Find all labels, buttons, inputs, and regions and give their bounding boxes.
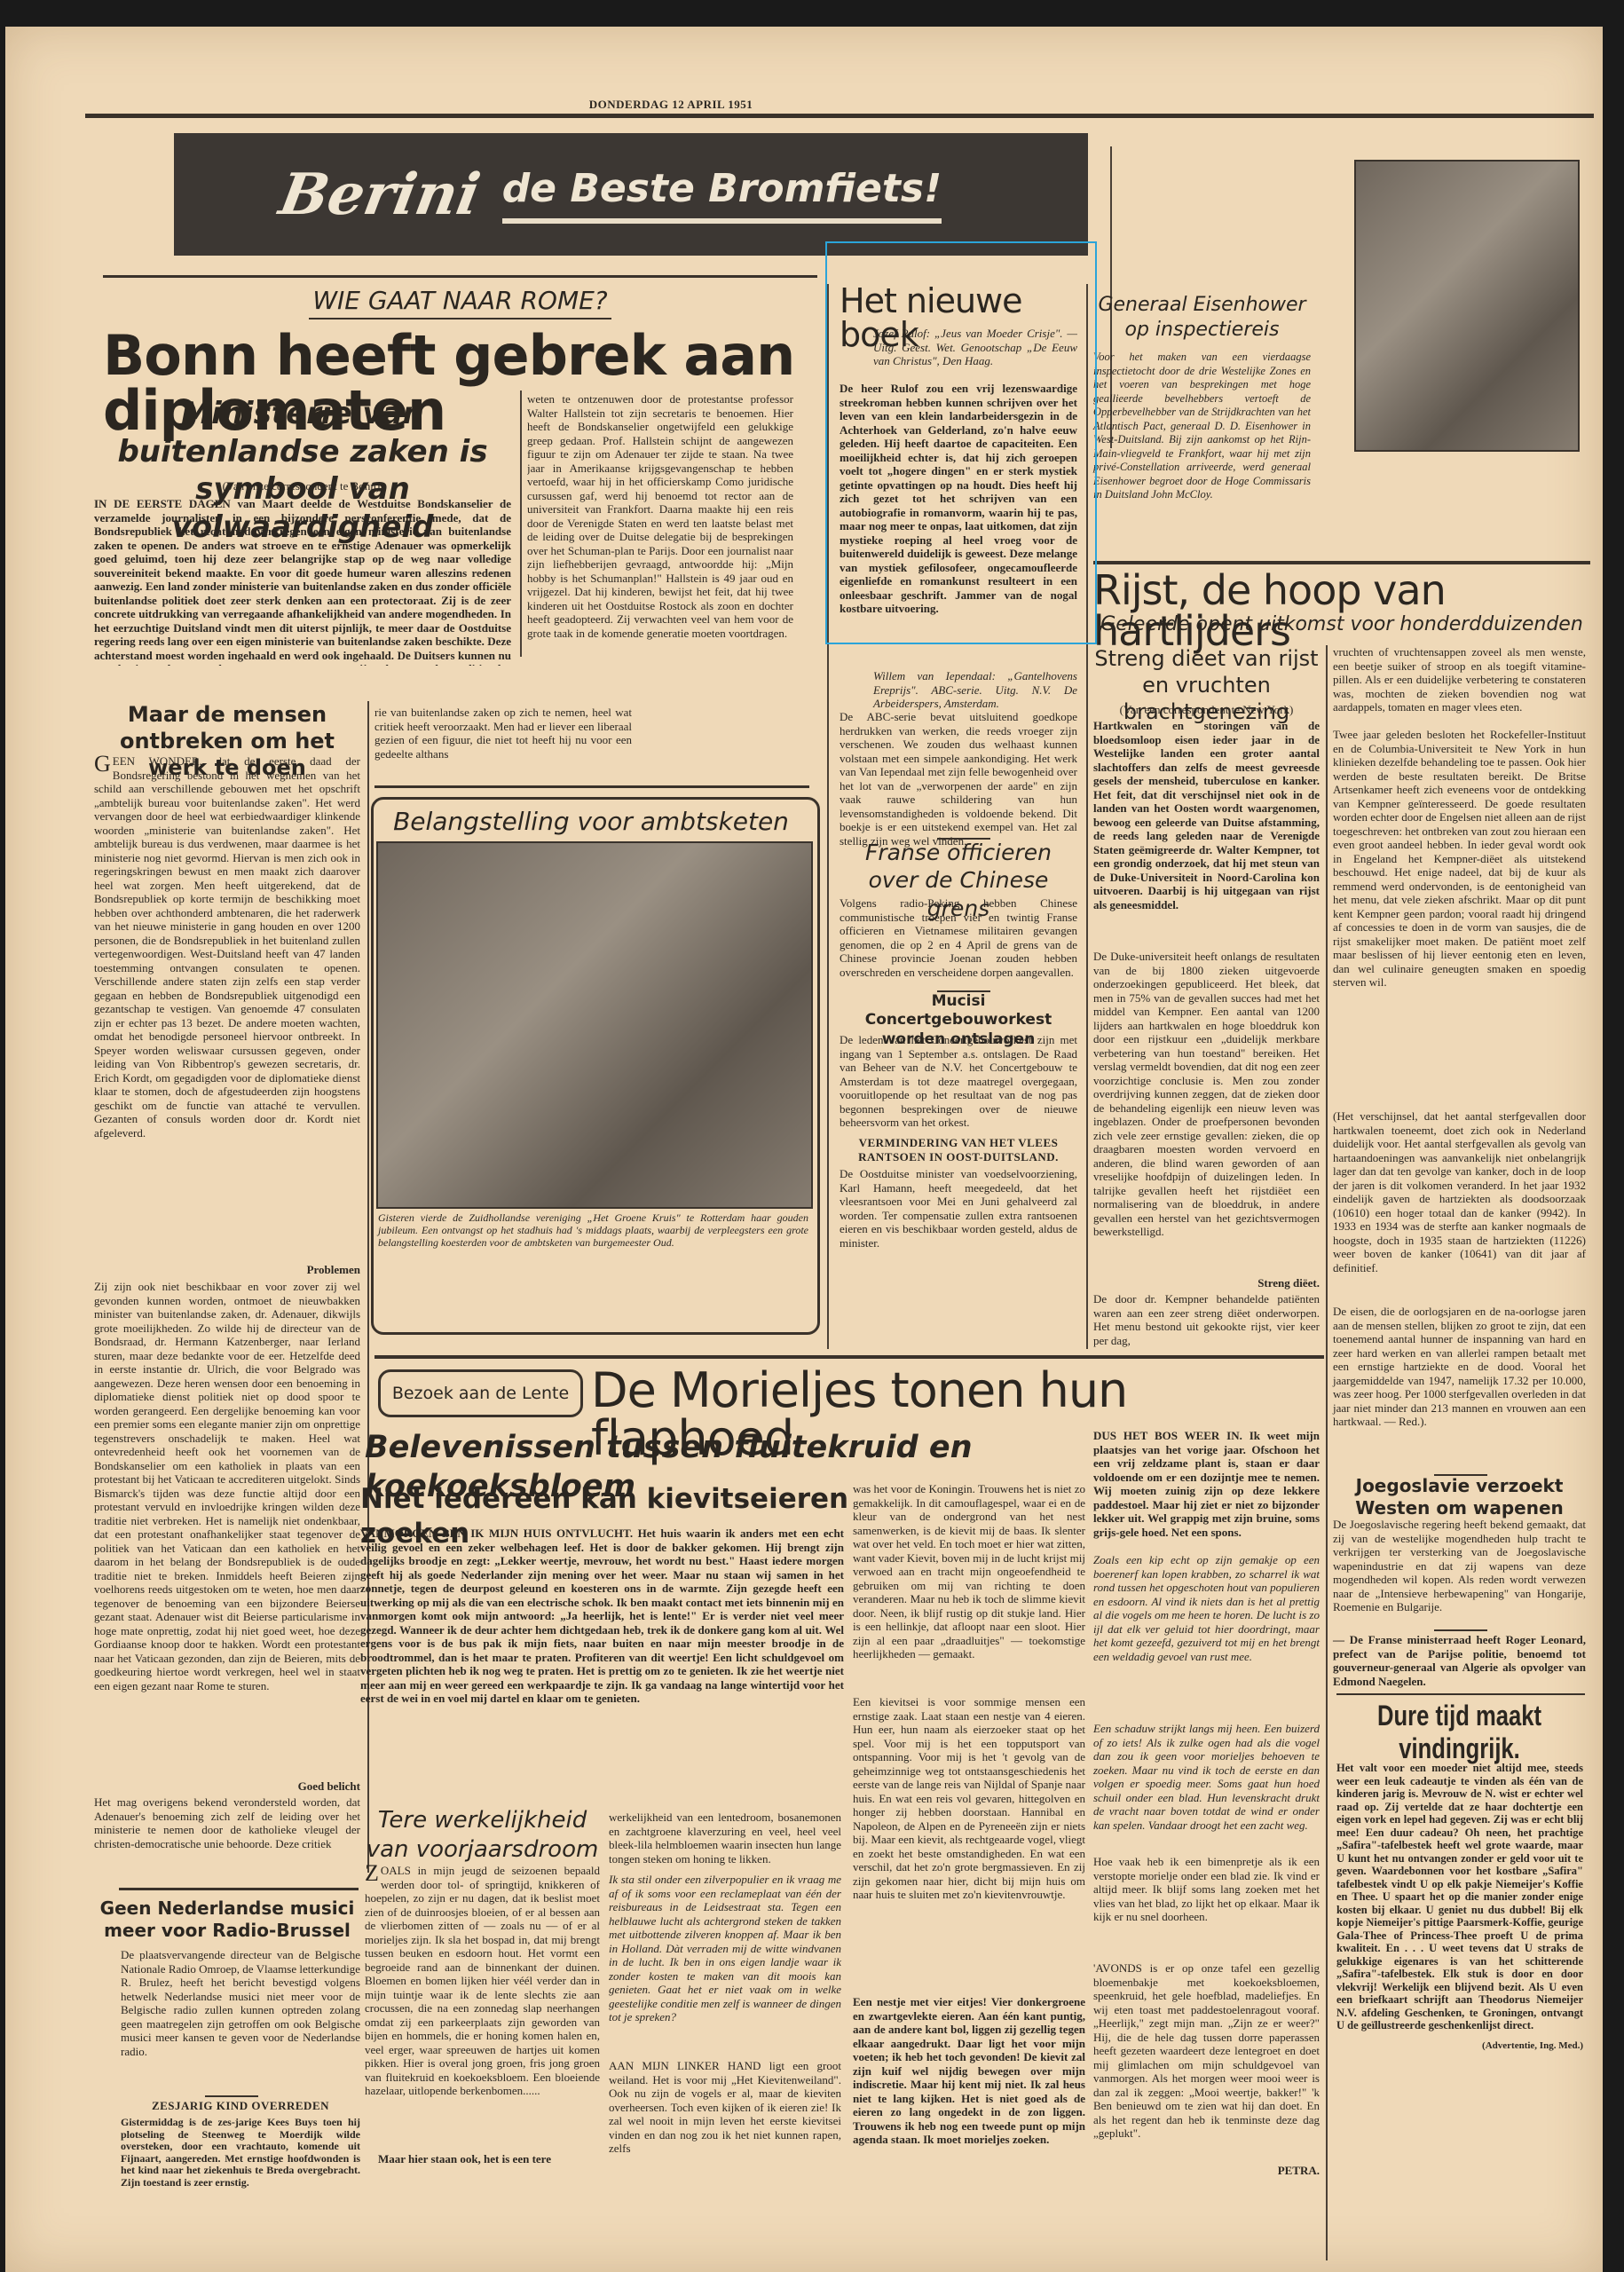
vlees-headline[interactable]: VERMINDERING VAN HET VLEES RANTSOEN IN O… — [840, 1136, 1077, 1164]
kind-headline[interactable]: ZESJARIG KIND OVERREDEN — [121, 2099, 360, 2113]
newspaper-page: DONDERDAG 12 APRIL 1951 Berini de Beste … — [5, 27, 1603, 2272]
tere-col1: ZOALS in mijn jeugd de seizoenen bepaald… — [365, 1864, 600, 2098]
morieljes-signature: PETRA. — [1093, 2164, 1320, 2178]
joegoslavie-body: De Joegoslavische regering heeft bekend … — [1333, 1518, 1586, 1614]
subhead-problemen: Problemen — [94, 1263, 360, 1277]
radio-brussel-headline[interactable]: Geen Nederlandse musici meer voor Radio-… — [94, 1897, 360, 1942]
concertgebouw-body: De leden van het Concertgebouworkest zij… — [840, 1033, 1077, 1130]
morieljes-col3d: Hoe vaak heb ik een bimenpretje als ik e… — [1093, 1855, 1320, 1924]
rijst-subheadline: Geleerde opent uitkomst voor honderdduiz… — [1093, 612, 1590, 637]
boek-1-reference: Jozef Rulof: „Jeus van Moeder Crisje". —… — [873, 327, 1077, 368]
niemeijer-ad-footer: (Advertentie, Ing. Med.) — [1336, 2039, 1583, 2054]
bezoek-lente-label-text: Bezoek aan de Lente — [392, 1384, 569, 1403]
franse-body: Volgens radio-Peking hebben Chinese comm… — [840, 896, 1077, 979]
ambtsketen-photo — [376, 841, 813, 1209]
bezoek-lente-label: Bezoek aan de Lente — [378, 1369, 583, 1417]
short-rule — [205, 2095, 258, 2097]
berini-slogan: de Beste Bromfiets! — [502, 166, 942, 224]
subhead-goed-belicht: Goed belicht — [94, 1779, 360, 1794]
berini-brand-logo: Berini — [274, 162, 485, 228]
problemen-body: Zij zijn ook niet beschikbaar en voor zo… — [94, 1280, 360, 1777]
rijst-col2d: De eisen, die de oorlogsjaren en de na-o… — [1333, 1305, 1586, 1429]
section-rule — [374, 785, 809, 788]
bonn-column-right: weten te ontzenuwen door de protestantse… — [527, 392, 793, 659]
rijst-col1: Hartkwalen en storingen van de bloedsoml… — [1093, 719, 1320, 911]
eisenhower-photo — [1354, 160, 1580, 452]
rijst-subhead: Streng diëet. — [1093, 1276, 1320, 1290]
boek-2-review: De ABC-serie bevat uitsluitend goedkope … — [840, 710, 1077, 852]
bonn-section-column-2: rie van buitenlandse zaken op zich te ne… — [374, 706, 632, 777]
eisenhower-headline[interactable]: Generaal Eisenhower op inspectiereis — [1093, 293, 1311, 342]
morieljes-col3c: Een schaduw strijkt langs mij heen. Een … — [1093, 1722, 1320, 1832]
tere-headline[interactable]: Tere werkelijkheid van voorjaarsdroom — [365, 1806, 600, 1864]
morieljes-col3: DUS HET BOS WEER IN. Ik weet mijn plaats… — [1093, 1429, 1320, 1539]
niemeijer-ad-body: Het valt voor een moeder niet altijd mee… — [1336, 1762, 1583, 2032]
bonn-lead-paragraph: IN DE EERSTE DAGEN van Maart deelde de W… — [94, 497, 511, 666]
section-rule — [1336, 1693, 1585, 1695]
boek-1-review: De heer Rulof zou een vrij lezenswaardig… — [840, 382, 1077, 667]
morieljes-col2: was het voor de Koningin. Trouwens het i… — [853, 1482, 1085, 1661]
rijst-byline: (Van een correspondent te New York) — [1093, 703, 1320, 717]
niemeijer-ad-headline[interactable]: Dure tijd maakt vindingrijk. — [1359, 1700, 1561, 1765]
bonn-byline: (Van onze correspondent te Bonn). — [94, 479, 511, 493]
morieljes-col2b: Een kievitsei is voor sommige mensen een… — [853, 1695, 1085, 1979]
rijst-col1c: De door dr. Kempner behandelde patiënten… — [1093, 1292, 1320, 1347]
eisenhower-body: Voor het maken van een vierdaagse inspec… — [1093, 351, 1311, 502]
morieljes-col2c: Een nestje met vier eitjes! Vier donkerg… — [853, 1995, 1085, 2147]
morieljes-col3e: 'AVONDS is er op onze tafel een gezellig… — [1093, 1961, 1320, 2141]
tere-col2b: Ik sta stil onder een zilverpopulier en … — [609, 1873, 841, 2024]
rijst-col2b: Twee jaar geleden besloten het Rockefell… — [1333, 728, 1586, 990]
franse-ministerraad-brief: — De Franse ministerraad heeft Roger Leo… — [1333, 1633, 1586, 1688]
masthead-rule — [85, 114, 1594, 118]
bonn-section-body: GEEN WONDER, dat de eerste daad der Bond… — [94, 754, 360, 1269]
morieljes-col3b: Zoals een kip echt op zijn gemakje op ee… — [1093, 1553, 1320, 1663]
column-divider — [1086, 284, 1088, 1349]
vlees-body: De Oostduitse minister van voedselvoorzi… — [840, 1167, 1077, 1250]
section-rule — [103, 275, 817, 278]
tere-col1b: Maar hier staan ook, het is een tere — [378, 2152, 600, 2166]
goed-belicht-body: Het mag overigens bekend verondersteld w… — [94, 1795, 360, 1880]
joegoslavie-headline[interactable]: Joegoslavie verzoekt Westen om wapenen — [1333, 1475, 1586, 1519]
section-rule — [1093, 561, 1590, 564]
tere-col2c: AAN MIJN LINKER HAND ligt een groot weil… — [609, 2059, 841, 2156]
radio-brussel-body: De plaatsvervangende directeur van de Be… — [121, 1948, 360, 2058]
rijst-col2c: (Het verschijnsel, dat het aantal sterfg… — [1333, 1109, 1586, 1274]
kind-body: Gistermiddag is de zes-jarige Kees Buys … — [121, 2117, 360, 2189]
section-rule — [119, 1888, 359, 1890]
column-divider — [827, 284, 829, 1349]
rijst-col1b: De Duke-universiteit heeft onlangs de re… — [1093, 950, 1320, 1239]
morieljes-lead: VANMORGEN BEN IK MIJN HUIS ONTVLUCHT. He… — [360, 1526, 844, 1793]
column-divider — [520, 390, 522, 657]
section-rule — [374, 1355, 1324, 1359]
rijst-headline[interactable]: Rijst, de hoop van hartlijders — [1093, 570, 1590, 651]
dateline: DONDERDAG 12 APRIL 1951 — [538, 98, 804, 112]
belangstelling-caption: Gisteren vierde de Zuidhollandse verenig… — [378, 1211, 808, 1249]
bonn-kicker: WIE GAAT NAAR ROME? — [103, 286, 817, 315]
boek-2-reference: Willem van Iependaal: „Gantelhovens Erep… — [873, 669, 1077, 711]
berini-advertisement[interactable]: Berini de Beste Bromfiets! — [174, 133, 1088, 256]
rijst-col2: vruchten of vruchtensappen zoveel als me… — [1333, 645, 1586, 714]
short-rule — [1434, 1629, 1487, 1631]
belangstelling-headline[interactable]: Belangstelling voor ambtsketen — [378, 806, 804, 837]
tere-col2: werkelijkheid van een lentedroom, bosane… — [609, 1810, 841, 1866]
